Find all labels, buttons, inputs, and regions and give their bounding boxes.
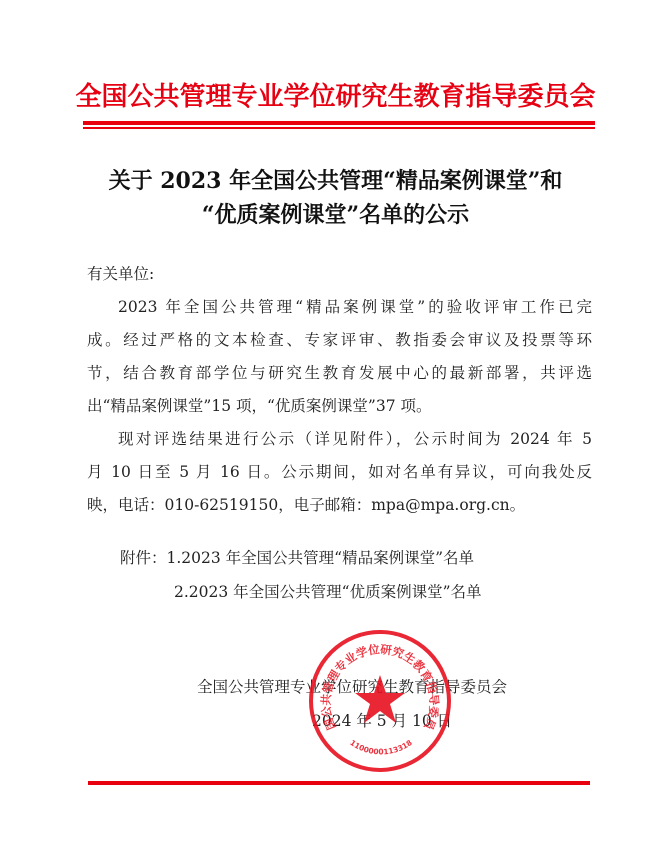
org-letterhead: 全国公共管理专业学位研究生教育指导委员会 [0,76,671,113]
paragraph-2-line: 映，电话：010-62519150，电子邮箱：mpa@mpa.org.cn。 [87,489,592,522]
attachments: 附件：1.2023 年全国公共管理“精品案例课堂”名单 2.2023 年全国公共… [120,541,482,609]
document-title: 关于 2023 年全国公共管理“精品案例课堂”和 “优质案例课堂”名单的公示 [0,164,671,232]
seal-text: 全国公共管理专业学位研究生教育指导委员会 [306,627,441,733]
attachment-item: 2.2023 年全国公共管理“优质案例课堂”名单 [174,583,482,601]
attachment-row-1: 附件：1.2023 年全国公共管理“精品案例课堂”名单 [120,541,482,575]
official-seal-icon: 全国公共管理专业学位研究生教育指导委员会 1100000113318 [306,627,454,775]
paragraph-1-line: 节，结合教育部学位与研究生教育发展中心的最新部署，共评选 [87,357,592,390]
paragraph-1-line: 出“精品案例课堂”15 项，“优质案例课堂”37 项。 [87,390,592,423]
footer-rule [88,781,590,785]
attachment-item: 1.2023 年全国公共管理“精品案例课堂”名单 [167,549,475,567]
svg-text:全国公共管理专业学位研究生教育指导委员会: 全国公共管理专业学位研究生教育指导委员会 [306,627,441,733]
paragraph-1-line: 2023 年全国公共管理“精品案例课堂”的验收评审工作已完 [87,291,592,324]
paragraph-1-line: 成。经过严格的文本检查、专家评审、教指委会审议及投票等环 [87,324,592,357]
paragraph-2-line: 现对评选结果进行公示（详见附件），公示时间为 2024 年 5 [87,423,592,456]
paragraph-1: 2023 年全国公共管理“精品案例课堂”的验收评审工作已完 成。经过严格的文本检… [87,291,592,423]
paragraph-2: 现对评选结果进行公示（详见附件），公示时间为 2024 年 5 月 10 日至 … [87,423,592,522]
svg-text:1100000113318: 1100000113318 [348,738,414,756]
attachment-row-2: 2.2023 年全国公共管理“优质案例课堂”名单 [120,575,482,609]
salutation: 有关单位: [87,258,592,291]
attachments-label: 附件： [120,549,167,567]
paragraph-2-line: 月 10 日至 5 月 16 日。公示期间，如对名单有异议，可向我处反 [87,456,592,489]
title-line-1: 关于 2023 年全国公共管理“精品案例课堂”和 [0,164,671,198]
title-line-2: “优质案例课堂”名单的公示 [0,198,671,232]
letterhead-rule-thin [83,127,595,129]
document-body: 有关单位: 2023 年全国公共管理“精品案例课堂”的验收评审工作已完 成。经过… [87,258,592,522]
letterhead-rule-thick [83,121,595,125]
seal-code: 1100000113318 [348,738,414,756]
